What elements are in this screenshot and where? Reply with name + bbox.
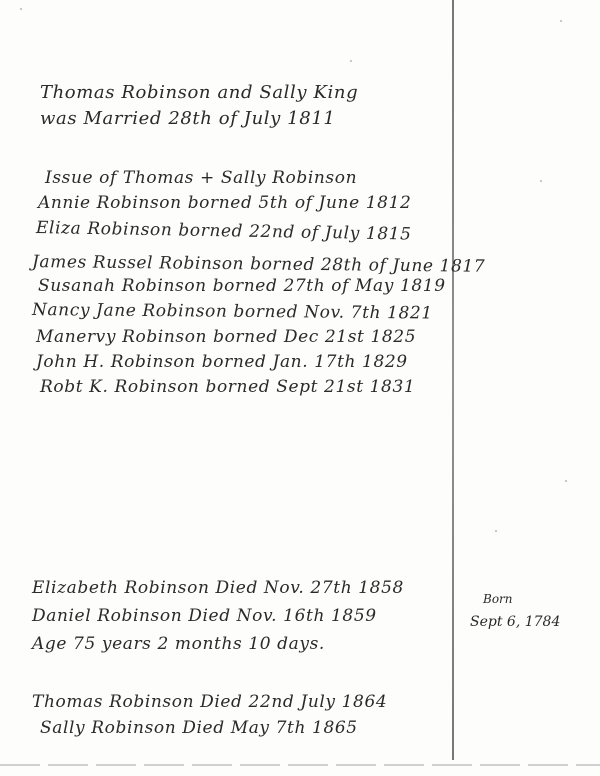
scan-speck — [20, 8, 22, 10]
birth-entry: Susanah Robinson borned 27th of May 1819 — [38, 276, 446, 296]
birth-entry: Nancy Jane Robinson borned Nov. 7th 1821 — [32, 300, 433, 323]
birth-entry: Annie Robinson borned 5th of June 1812 — [38, 193, 411, 213]
issue-heading: Issue of Thomas + Sally Robinson — [45, 168, 357, 188]
scan-speck — [540, 180, 542, 182]
death-entry: Age 75 years 2 months 10 days. — [32, 634, 325, 654]
birth-entry: Manervy Robinson borned Dec 21st 1825 — [36, 327, 416, 347]
margin-note-born: Born — [483, 592, 513, 606]
birth-entry: John H. Robinson borned Jan. 17th 1829 — [36, 352, 408, 372]
scan-speck — [495, 530, 497, 532]
birth-entry: Eliza Robinson borned 22nd of July 1815 — [36, 218, 412, 245]
margin-rule — [452, 0, 454, 760]
death-entry: Elizabeth Robinson Died Nov. 27th 1858 — [32, 578, 404, 598]
margin-note-date: Sept 6, 1784 — [470, 614, 560, 630]
birth-entry: James Russel Robinson borned 28th of Jun… — [32, 252, 485, 277]
scan-speck — [560, 20, 562, 22]
document-page: Thomas Robinson and Sally King was Marri… — [0, 0, 600, 776]
marriage-line-1: Thomas Robinson and Sally King — [40, 82, 358, 103]
birth-entry: Robt K. Robinson borned Sept 21st 1831 — [40, 377, 415, 397]
marriage-line-2: was Married 28th of July 1811 — [40, 108, 335, 129]
scan-speck — [565, 480, 567, 482]
death-entry: Daniel Robinson Died Nov. 16th 1859 — [32, 606, 377, 626]
death-entry: Sally Robinson Died May 7th 1865 — [40, 718, 358, 738]
page-edge — [0, 764, 600, 766]
scan-speck — [350, 60, 352, 62]
death-entry: Thomas Robinson Died 22nd July 1864 — [32, 692, 387, 712]
